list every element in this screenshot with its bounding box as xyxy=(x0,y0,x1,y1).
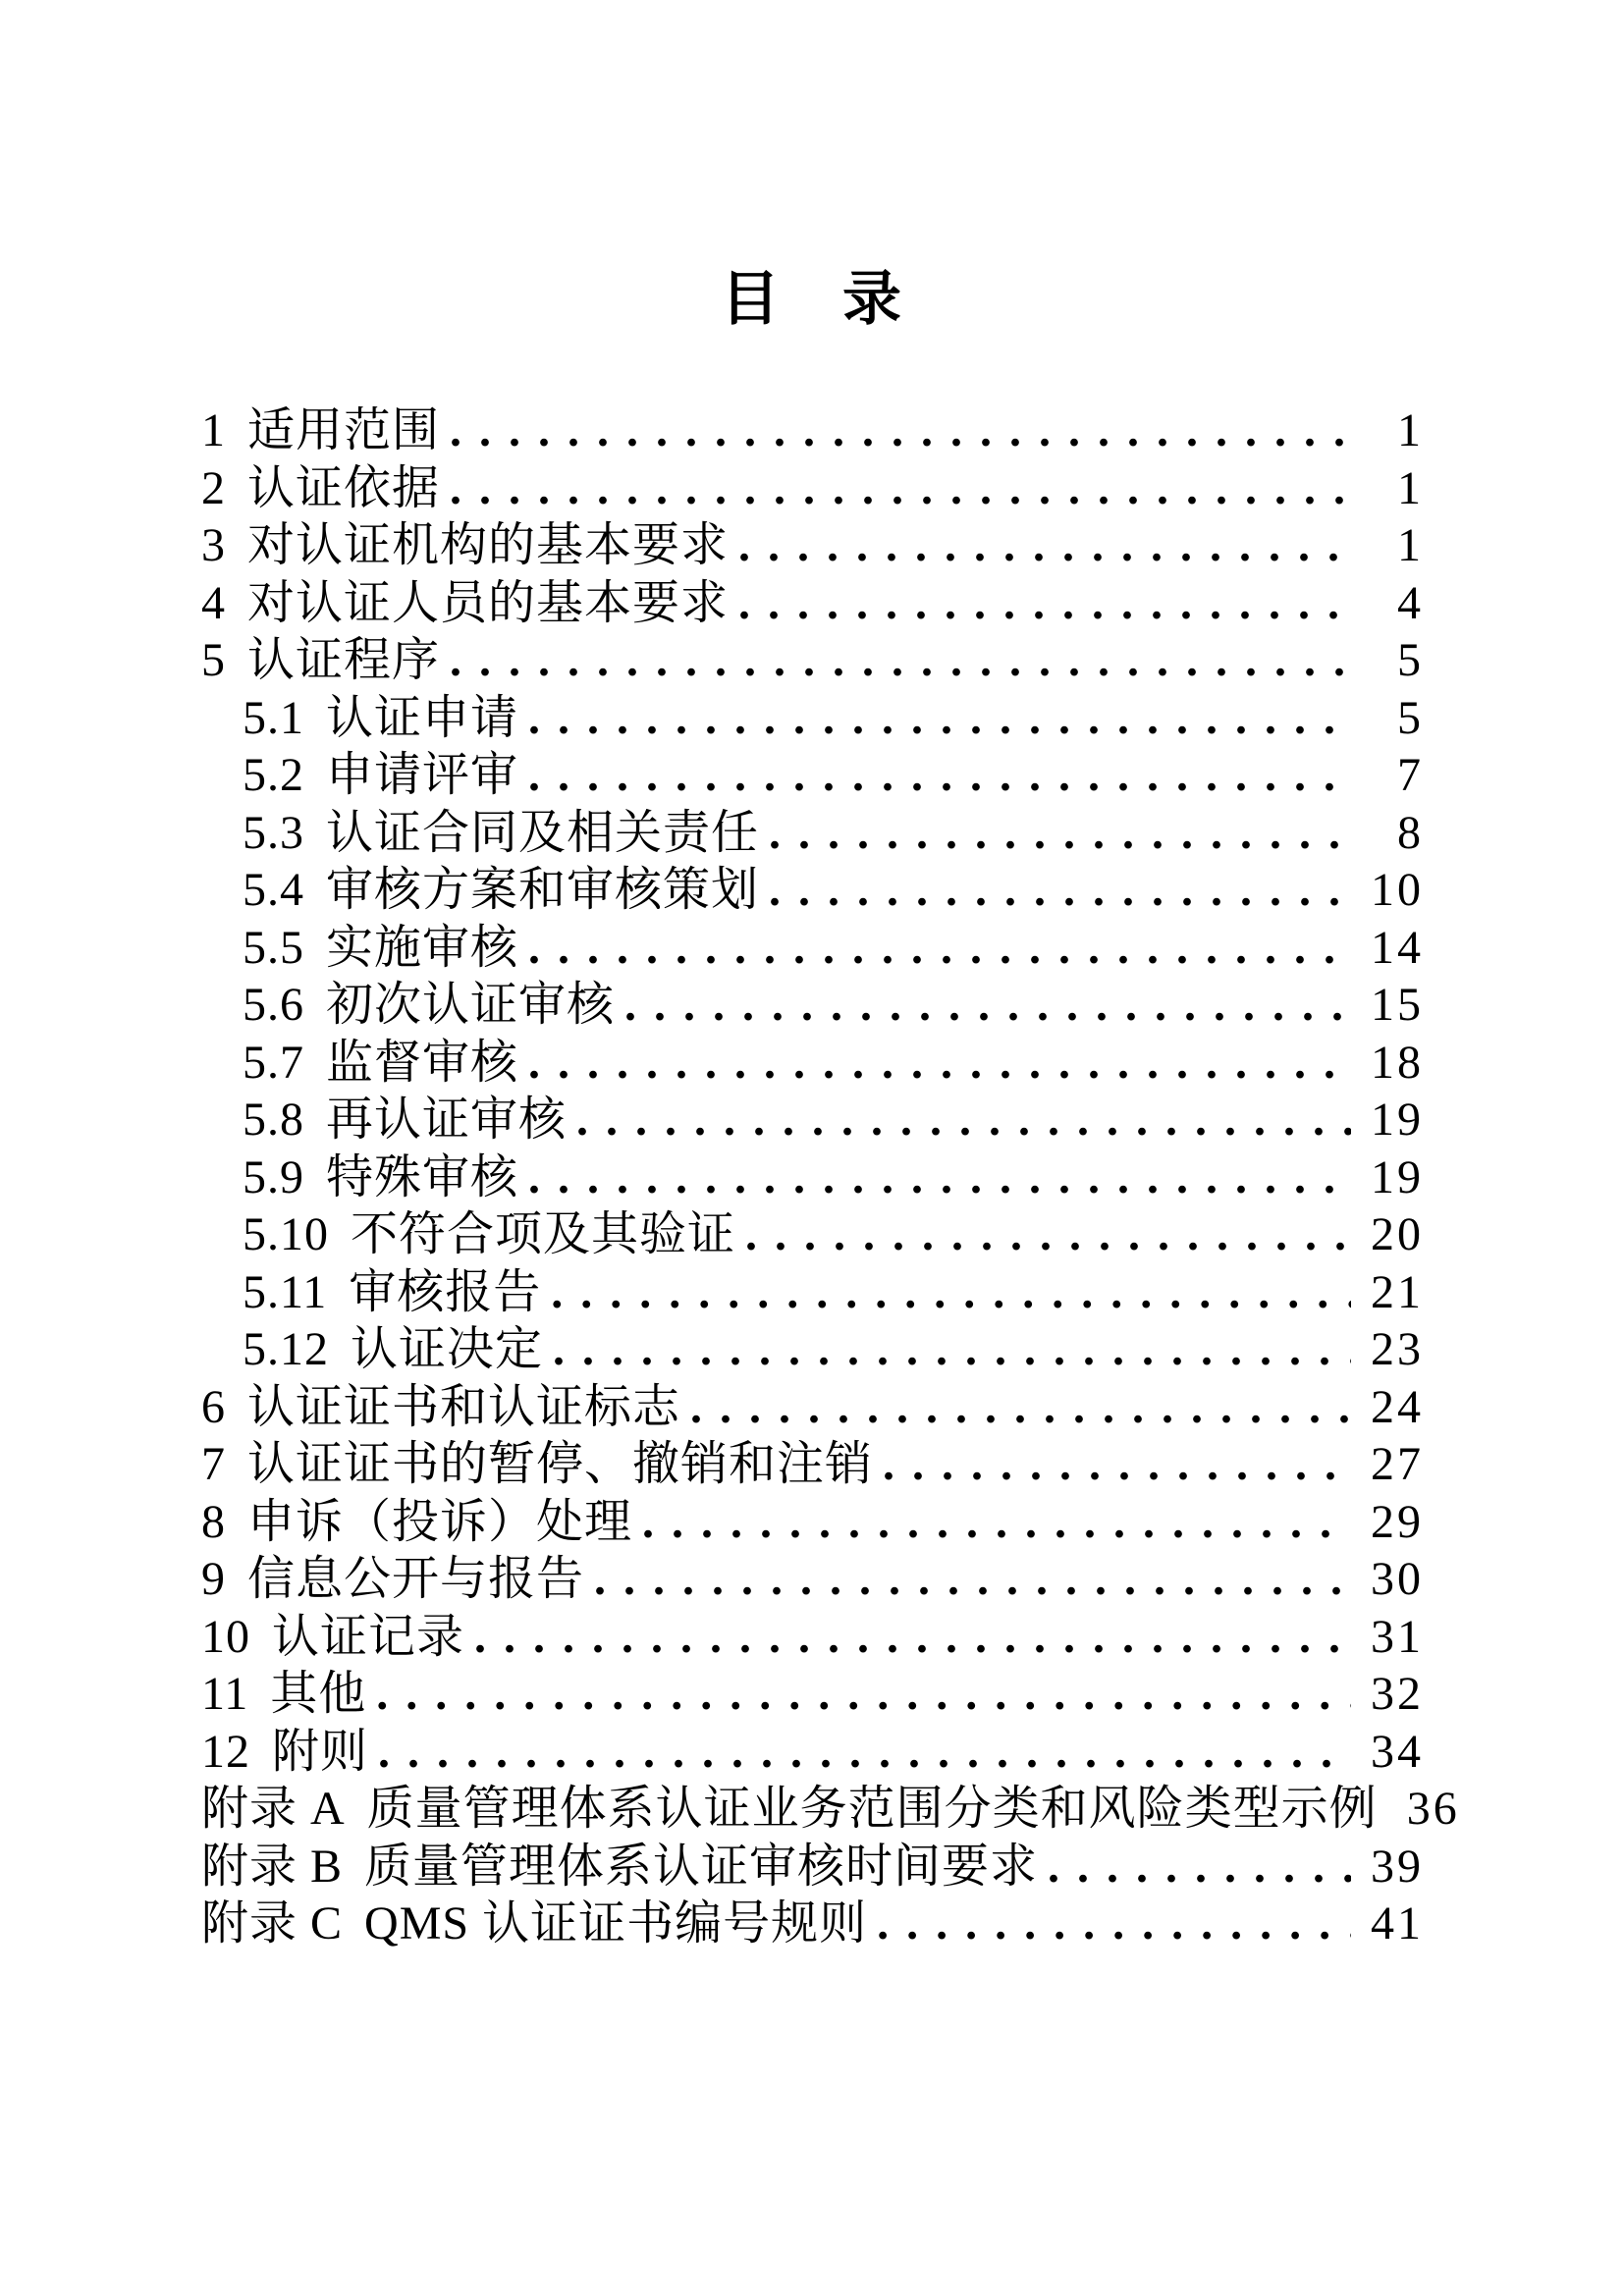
toc-entry-title: 不符合项及其验证 xyxy=(351,1206,735,1264)
toc-entry-title: 认证依据 xyxy=(247,460,440,518)
toc-entry-title: 认证记录 xyxy=(272,1609,464,1667)
toc-entry-title: 特殊审核 xyxy=(326,1149,518,1207)
dot-leader xyxy=(528,747,1351,805)
toc-entry-row: 2 认证依据 1 xyxy=(201,460,1424,518)
toc-entry-row: 8 申诉（投诉）处理 29 xyxy=(201,1494,1424,1552)
dot-leader xyxy=(528,1149,1351,1207)
dot-leader xyxy=(642,1494,1351,1552)
toc-entry-number: 1 xyxy=(201,402,226,460)
toc-entry-number: 5.9 xyxy=(243,1149,304,1207)
dot-leader xyxy=(450,632,1351,690)
toc-entry-title: 审核报告 xyxy=(349,1264,541,1322)
toc-entry-title: 认证申请 xyxy=(326,690,518,748)
toc-entry-title: 再认证审核 xyxy=(326,1092,567,1149)
dot-leader xyxy=(551,1264,1351,1322)
toc-entry-row: 5.5 实施审核 14 xyxy=(201,920,1424,978)
dot-leader xyxy=(624,977,1351,1035)
toc-entry-number: 5.7 xyxy=(243,1035,304,1093)
toc-entry-page: 34 xyxy=(1361,1724,1424,1782)
toc-entry-number: 9 xyxy=(201,1551,226,1609)
toc-entry-title: 其他 xyxy=(270,1666,366,1724)
toc-entry-page: 4 xyxy=(1361,575,1424,633)
toc-entry-page: 14 xyxy=(1361,920,1424,978)
toc-entry-title: 认证证书和认证标志 xyxy=(247,1379,680,1437)
toc-entry-number: 5.1 xyxy=(243,690,304,748)
toc-entry-row: 5.6 初次认证审核 15 xyxy=(201,977,1424,1035)
toc-entry-page: 36 xyxy=(1397,1781,1460,1839)
toc-entry-title: 适用范围 xyxy=(247,402,440,460)
toc-entry-page: 39 xyxy=(1361,1839,1424,1896)
toc-entry-title: 认证程序 xyxy=(247,632,440,690)
toc-entry-row: 5.10 不符合项及其验证 20 xyxy=(201,1206,1424,1264)
toc-entry-page: 15 xyxy=(1361,977,1424,1035)
toc-entry-number: 8 xyxy=(201,1494,226,1552)
toc-entry-number: 5.11 xyxy=(243,1264,327,1322)
dot-leader xyxy=(450,460,1351,518)
toc-entry-title: QMS 认证证书编号规则 xyxy=(364,1896,867,1953)
toc-entry-title: 申请评审 xyxy=(326,747,518,805)
toc-entry-title: 认证决定 xyxy=(351,1321,543,1379)
toc-entry-row: 附录 A 质量管理体系认证业务范围分类和风险类型示例 36 xyxy=(201,1781,1424,1839)
toc-entry-row: 11 其他 32 xyxy=(201,1666,1424,1724)
toc-entry-title: 初次认证审核 xyxy=(326,977,615,1035)
dot-leader xyxy=(877,1896,1351,1953)
toc-entry-number: 11 xyxy=(201,1666,248,1724)
dot-leader xyxy=(450,402,1351,460)
toc-entry-number: 附录 B xyxy=(201,1839,343,1896)
dot-leader xyxy=(769,862,1351,920)
toc-entry-page: 24 xyxy=(1361,1379,1424,1437)
dot-leader xyxy=(576,1092,1351,1149)
toc-entry-title: 质量管理体系认证业务范围分类和风险类型示例 xyxy=(367,1781,1378,1839)
toc-entry-page: 1 xyxy=(1361,460,1424,518)
toc-entry-row: 10 认证记录 31 xyxy=(201,1609,1424,1667)
page-title: 目 录 xyxy=(0,0,1624,332)
dot-leader xyxy=(883,1436,1351,1494)
toc-entry-row: 12 附则 34 xyxy=(201,1724,1424,1782)
dot-leader xyxy=(528,920,1351,978)
toc-entry-page: 19 xyxy=(1361,1149,1424,1207)
toc-entry-row: 5.1 认证申请 5 xyxy=(201,690,1424,748)
toc-entry-title: 对认证机构的基本要求 xyxy=(247,517,729,575)
toc-entry-row: 1 适用范围 1 xyxy=(201,402,1424,460)
toc-entry-title: 质量管理体系认证审核时间要求 xyxy=(364,1839,1038,1896)
toc-entry-number: 2 xyxy=(201,460,226,518)
toc-entry-title: 对认证人员的基本要求 xyxy=(247,575,729,633)
toc-entry-page: 31 xyxy=(1361,1609,1424,1667)
toc-entry-row: 5.8 再认证审核 19 xyxy=(201,1092,1424,1149)
toc-entry-row: 5.9 特殊审核 19 xyxy=(201,1149,1424,1207)
dot-leader xyxy=(376,1666,1351,1724)
toc-entry-row: 3 对认证机构的基本要求 1 xyxy=(201,517,1424,575)
toc-list: 1 适用范围 1 2 认证依据 1 3 对认证机构的基本要求 1 4 对认证人员… xyxy=(0,402,1624,1953)
toc-entry-page: 41 xyxy=(1361,1896,1424,1953)
toc-entry-page: 7 xyxy=(1361,747,1424,805)
dot-leader xyxy=(738,575,1351,633)
toc-entry-title: 审核方案和审核策划 xyxy=(326,862,759,920)
toc-entry-page: 30 xyxy=(1361,1551,1424,1609)
toc-entry-number: 5.3 xyxy=(243,805,304,863)
toc-entry-row: 9 信息公开与报告 30 xyxy=(201,1551,1424,1609)
toc-entry-number: 3 xyxy=(201,517,226,575)
toc-entry-number: 5 xyxy=(201,632,226,690)
toc-entry-page: 19 xyxy=(1361,1092,1424,1149)
toc-entry-number: 6 xyxy=(201,1379,226,1437)
toc-entry-page: 5 xyxy=(1361,632,1424,690)
dot-leader xyxy=(378,1724,1351,1782)
dot-leader xyxy=(690,1379,1351,1437)
toc-entry-row: 5 认证程序 5 xyxy=(201,632,1424,690)
toc-entry-number: 12 xyxy=(201,1724,250,1782)
toc-entry-row: 5.2 申请评审 7 xyxy=(201,747,1424,805)
toc-entry-page: 21 xyxy=(1361,1264,1424,1322)
toc-entry-page: 20 xyxy=(1361,1206,1424,1264)
toc-entry-page: 32 xyxy=(1361,1666,1424,1724)
dot-leader xyxy=(553,1321,1351,1379)
toc-entry-number: 7 xyxy=(201,1436,226,1494)
document-page: 目 录 1 适用范围 1 2 认证依据 1 3 对认证机构的基本要求 1 4 对… xyxy=(0,0,1624,2296)
toc-entry-number: 附录 C xyxy=(201,1896,343,1953)
toc-entry-number: 5.5 xyxy=(243,920,304,978)
toc-entry-number: 10 xyxy=(201,1609,250,1667)
toc-entry-number: 5.8 xyxy=(243,1092,304,1149)
dot-leader xyxy=(769,805,1351,863)
toc-entry-page: 1 xyxy=(1361,402,1424,460)
toc-entry-title: 认证证书的暂停、撤销和注销 xyxy=(247,1436,873,1494)
toc-entry-row: 5.3 认证合同及相关责任 8 xyxy=(201,805,1424,863)
toc-entry-row: 附录 B 质量管理体系认证审核时间要求 39 xyxy=(201,1839,1424,1896)
dot-leader xyxy=(528,690,1351,748)
toc-entry-number: 5.12 xyxy=(243,1321,329,1379)
toc-entry-page: 29 xyxy=(1361,1494,1424,1552)
dot-leader xyxy=(738,517,1351,575)
dot-leader xyxy=(594,1551,1351,1609)
toc-entry-title: 附则 xyxy=(272,1724,368,1782)
toc-entry-number: 5.4 xyxy=(243,862,304,920)
toc-entry-number: 4 xyxy=(201,575,226,633)
toc-entry-row: 5.11 审核报告 21 xyxy=(201,1264,1424,1322)
toc-entry-row: 5.7 监督审核 18 xyxy=(201,1035,1424,1093)
toc-entry-row: 附录 C QMS 认证证书编号规则 41 xyxy=(201,1896,1424,1953)
toc-entry-page: 18 xyxy=(1361,1035,1424,1093)
dot-leader xyxy=(528,1035,1351,1093)
dot-leader xyxy=(1048,1839,1351,1896)
dot-leader xyxy=(745,1206,1351,1264)
toc-entry-title: 实施审核 xyxy=(326,920,518,978)
toc-entry-number: 附录 A xyxy=(201,1781,346,1839)
toc-entry-number: 5.6 xyxy=(243,977,304,1035)
toc-entry-number: 5.2 xyxy=(243,747,304,805)
toc-entry-row: 4 对认证人员的基本要求 4 xyxy=(201,575,1424,633)
toc-entry-row: 5.4 审核方案和审核策划 10 xyxy=(201,862,1424,920)
toc-entry-page: 8 xyxy=(1361,805,1424,863)
dot-leader xyxy=(474,1609,1351,1667)
toc-entry-page: 1 xyxy=(1361,517,1424,575)
toc-entry-row: 7 认证证书的暂停、撤销和注销 27 xyxy=(201,1436,1424,1494)
toc-entry-title: 监督审核 xyxy=(326,1035,518,1093)
toc-entry-page: 23 xyxy=(1361,1321,1424,1379)
toc-entry-title: 信息公开与报告 xyxy=(247,1551,584,1609)
toc-entry-title: 认证合同及相关责任 xyxy=(326,805,759,863)
toc-entry-row: 5.12 认证决定 23 xyxy=(201,1321,1424,1379)
toc-entry-page: 27 xyxy=(1361,1436,1424,1494)
toc-entry-page: 10 xyxy=(1361,862,1424,920)
toc-entry-row: 6 认证证书和认证标志 24 xyxy=(201,1379,1424,1437)
toc-entry-title: 申诉（投诉）处理 xyxy=(247,1494,632,1552)
toc-entry-number: 5.10 xyxy=(243,1206,329,1264)
toc-entry-page: 5 xyxy=(1361,690,1424,748)
